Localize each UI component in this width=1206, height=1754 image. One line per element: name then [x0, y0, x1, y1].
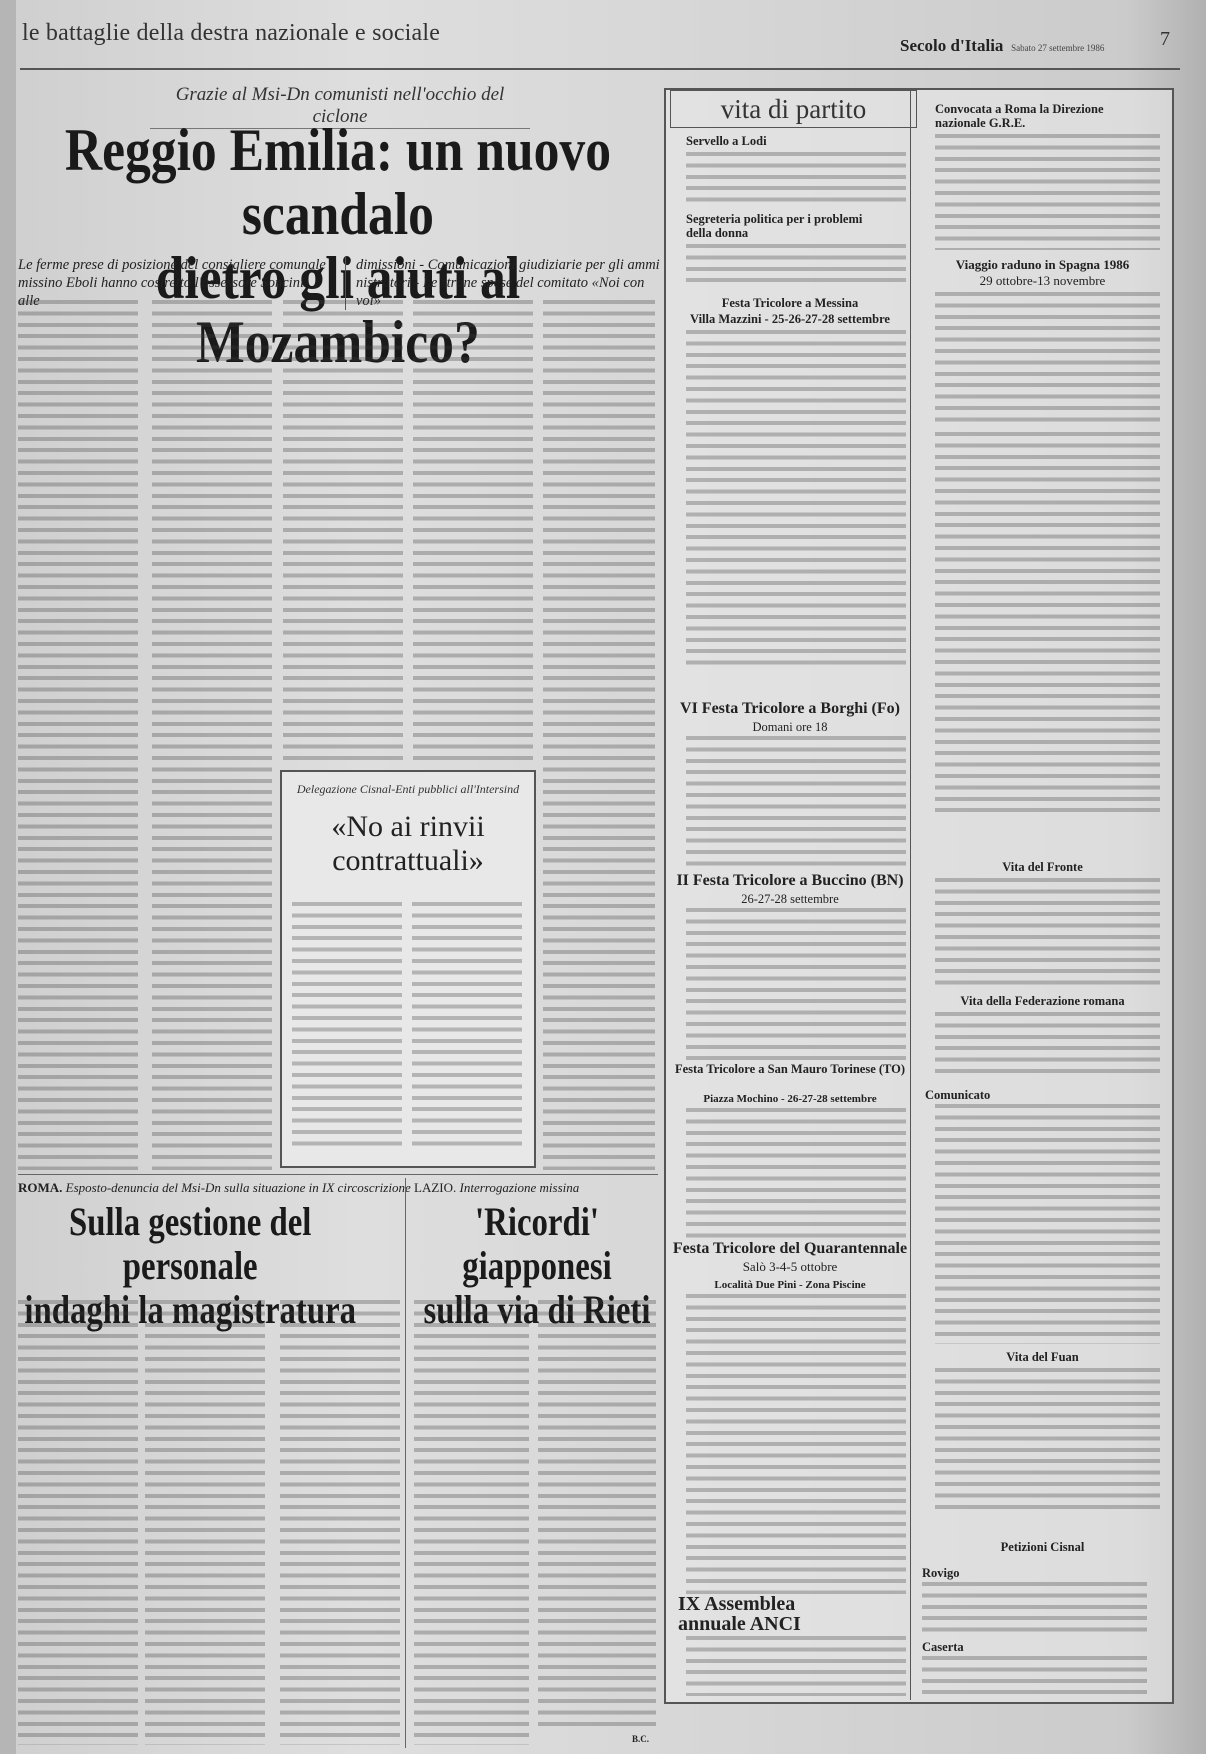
lead-body-column-4 — [413, 300, 533, 760]
sb-heading-san-mauro: Festa Tricolore a San Mauro Torinese (TO… — [670, 1062, 910, 1076]
bottom-left-column-3 — [280, 1300, 400, 1745]
sb-subheading-spagna: 29 ottobre-13 novembre — [915, 274, 1170, 288]
sb-text-quarantennale — [686, 1294, 906, 1594]
sb-heading-segreteria: Segreteria politica per i problemi della… — [686, 212, 886, 240]
box-headline: «No ai rinvii contrattuali» — [282, 810, 534, 878]
sb-subheading-salo: Salò 3-4-5 ottobre — [670, 1260, 910, 1274]
sidebar-column-divider — [910, 90, 911, 1700]
bottom-left-kicker: ROMA. Esposto-denuncia del Msi-Dn sulla … — [18, 1180, 411, 1196]
sb-text-federazione-romana — [935, 1012, 1160, 1078]
sb-text-servello — [686, 152, 906, 208]
sb-heading-gre: Convocata a Roma la Direzione nazionale … — [935, 102, 1135, 130]
page-number: 7 — [1160, 28, 1170, 51]
sb-subheading-san-mauro: Piazza Mochino - 26-27-28 settembre — [670, 1092, 910, 1106]
sb-heading-comunicato: Comunicato — [925, 1088, 990, 1102]
sb-text-anci — [686, 1636, 906, 1696]
sb-text-buccino — [686, 908, 906, 1060]
sb-heading-messina: Festa Tricolore a Messina — [670, 296, 910, 310]
bottom-left-kicker-text: Esposto-denuncia del Msi-Dn sulla situaz… — [66, 1180, 411, 1195]
box-kicker: Delegazione Cisnal-Enti pubblici all'Int… — [282, 782, 534, 797]
sidebar-title: vita di partito — [670, 90, 917, 128]
sb-text-segreteria — [686, 244, 906, 288]
sb-heading-buccino: II Festa Tricolore a Buccino (BN) — [670, 872, 910, 890]
bottom-left-kicker-place: ROMA. — [18, 1180, 62, 1195]
bottom-right-signature: B.C. — [632, 1734, 649, 1744]
sb-heading-anci: IX Assemblea annuale ANCI — [678, 1594, 818, 1634]
sb-subheading-borghi: Domani ore 18 — [670, 720, 910, 734]
sb-heading-petizioni-cisnal: Petizioni Cisnal — [915, 1540, 1170, 1554]
masthead: Secolo d'Italia Sabato 27 settembre 1986 — [900, 36, 1104, 56]
sb-text-comunicato — [935, 1104, 1160, 1344]
issue-date: Sabato 27 settembre 1986 — [1011, 43, 1104, 53]
sb-heading-rovigo: Rovigo — [922, 1566, 960, 1580]
sb-text-rovigo — [922, 1582, 1147, 1632]
sb-text-san-mauro — [686, 1108, 906, 1238]
bottom-left-column-1 — [18, 1300, 138, 1745]
sb-subheading-localita: Località Due Pini - Zona Piscine — [670, 1278, 910, 1292]
bottom-column-divider — [405, 1178, 406, 1748]
lead-body-column-2 — [152, 300, 272, 1170]
box-body-column-2 — [412, 902, 522, 1152]
newspaper-page: le battaglie della destra nazionale e so… — [0, 0, 1206, 1754]
bottom-left-column-2 — [145, 1300, 265, 1745]
lead-body-column-3 — [283, 300, 403, 760]
sb-text-fuan — [935, 1368, 1160, 1512]
sb-subheading-buccino: 26-27-28 settembre — [670, 892, 910, 906]
sb-heading-federazione-romana: Vita della Federazione romana — [915, 994, 1170, 1008]
box-story: Delegazione Cisnal-Enti pubblici all'Int… — [280, 770, 536, 1168]
box-body-column-1 — [292, 902, 402, 1152]
sb-heading-servello: Servello a Lodi — [686, 134, 767, 148]
sb-heading-caserta: Caserta — [922, 1640, 964, 1654]
section-title: le battaglie della destra nazionale e so… — [22, 20, 440, 47]
lead-body-column-5 — [543, 300, 655, 1170]
newspaper-name: Secolo d'Italia — [900, 36, 1003, 55]
bottom-right-column-1 — [414, 1300, 529, 1745]
bottom-right-headline-line1: 'Ricordi' giapponesi — [414, 1200, 660, 1288]
sb-text-caserta — [922, 1656, 1147, 1698]
sb-heading-spagna: Viaggio raduno in Spagna 1986 — [915, 258, 1170, 272]
sb-text-local-events — [935, 432, 1160, 812]
header-rule — [20, 68, 1180, 70]
lead-bottom-rule — [18, 1174, 658, 1175]
bottom-right-kicker-text: Interrogazione missina — [460, 1180, 580, 1195]
lead-headline-line1: Reggio Emilia: un nuovo scandalo — [18, 118, 658, 246]
sb-text-spagna — [935, 292, 1160, 422]
bottom-right-kicker: LAZIO. Interrogazione missina — [414, 1180, 579, 1196]
lead-body-column-1 — [18, 300, 138, 1170]
bottom-left-headline-line1: Sulla gestione del personale — [18, 1200, 362, 1288]
sb-heading-fronte: Vita del Fronte — [915, 860, 1170, 874]
scan-edge — [0, 0, 16, 1754]
bottom-right-column-2 — [538, 1300, 656, 1730]
sb-text-borghi — [686, 736, 906, 866]
sb-text-messina — [686, 330, 906, 670]
sb-heading-borghi: VI Festa Tricolore a Borghi (Fo) — [670, 700, 910, 718]
sb-heading-quarantennale: Festa Tricolore del Quarantennale — [670, 1240, 910, 1258]
sb-heading-fuan: Vita del Fuan — [915, 1350, 1170, 1364]
sb-text-gre — [935, 134, 1160, 250]
sb-subheading-messina: Villa Mazzini - 25-26-27-28 settembre — [670, 312, 910, 326]
bottom-right-kicker-place: LAZIO. — [414, 1180, 456, 1195]
sb-text-fronte — [935, 878, 1160, 986]
